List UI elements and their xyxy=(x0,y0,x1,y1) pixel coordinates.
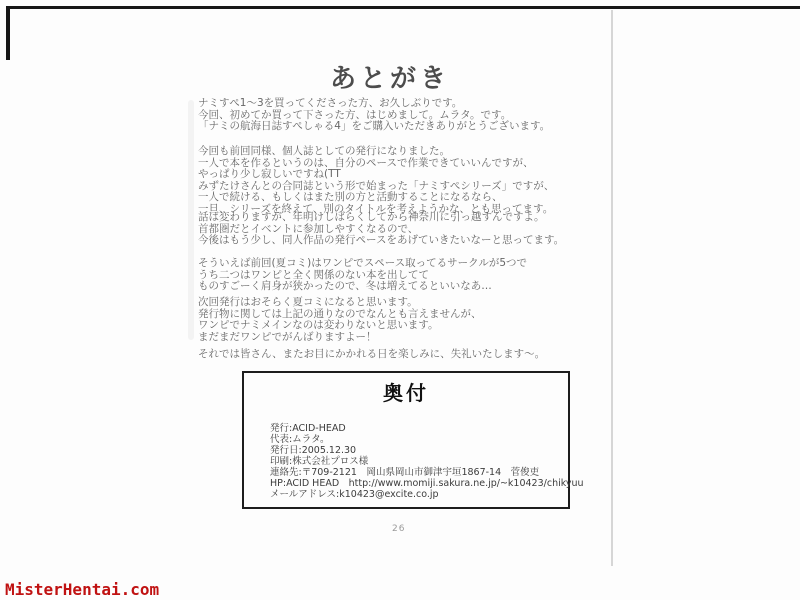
body-text-line: 「ナミの航海日誌すぺしゃる4」をご購入いただきありがとうございます。 xyxy=(198,121,550,133)
body-text-line: まだまだワンピでがんばりますよー！ xyxy=(198,332,482,344)
paragraph-farewell: それでは皆さん、またお目にかかれる日を楽しみに、失礼いたします～。 xyxy=(198,349,545,361)
colophon-lines: 発行:ACID-HEAD 代表:ムラタ。 発行日:2005.12.30 印刷:株… xyxy=(244,423,568,500)
body-text-line: 今後はもう少し、同人作品の発行ペースをあげていきたいなーと思ってます。 xyxy=(198,235,564,247)
scan-smudge xyxy=(188,100,194,340)
paragraph-next-release: 次回発行はおそらく夏コミになると思います。 発行物に関しては上記の通りなのでなん… xyxy=(198,297,482,343)
body-text-line: やっぱり少し寂しいですね(TT xyxy=(198,169,554,181)
paragraph-solo-publication: 今回も前回同様、個人誌としての発行になりました。 一人で本を作るというのは、自分… xyxy=(198,146,554,215)
colophon-line-contact: 連絡先:〒709-2121 岡山県岡山市御津宇垣1867-14 菅俊吏 xyxy=(270,467,568,478)
colophon-title: 奥付 xyxy=(244,377,568,406)
paragraph-greeting: ナミすぺ1～3を買ってくださった方、お久しぶりです。 今回、初めてか買って下さっ… xyxy=(198,98,550,133)
colophon-line-printer: 印刷:株式会社プロス様 xyxy=(270,456,568,467)
colophon-line-representative: 代表:ムラタ。 xyxy=(270,434,568,445)
body-text-line: 話は変わりますが、年明けしばらくしてから神奈川に引っ越すんですよ。 xyxy=(198,212,564,224)
colophon-line-email: メールアドレス:k10423@excite.co.jp xyxy=(270,489,568,500)
paragraph-moving: 話は変わりますが、年明けしばらくしてから神奈川に引っ越すんですよ。 首都圏だとイ… xyxy=(198,212,564,247)
body-text-line: 今回も前回同様、個人誌としての発行になりました。 xyxy=(198,146,554,158)
page-number: 26 xyxy=(392,524,405,534)
body-text-line: そういえば前回(夏コミ)はワンピでスペース取ってるサークルが5つで xyxy=(198,258,527,270)
watermark: MisterHentai.com xyxy=(5,580,159,599)
body-text-line: ワンピでナミメインなのは変わりないと思います。 xyxy=(198,320,482,332)
colophon-line-publisher: 発行:ACID-HEAD xyxy=(270,423,568,434)
scanned-afterword-page: あとがき ナミすぺ1～3を買ってくださった方、お久しぶりです。 今回、初めてか買… xyxy=(0,0,800,600)
page-right-edge xyxy=(611,10,613,566)
scan-edge-top xyxy=(6,6,800,9)
body-text-line: それでは皆さん、またお目にかかれる日を楽しみに、失礼いたします～。 xyxy=(198,349,545,361)
colophon-line-website: HP:ACID HEAD http://www.momiji.sakura.ne… xyxy=(270,478,568,489)
body-text-line: 次回発行はおそらく夏コミになると思います。 xyxy=(198,297,482,309)
scan-edge-left xyxy=(6,6,10,60)
paragraph-comiket: そういえば前回(夏コミ)はワンピでスペース取ってるサークルが5つで うち二つはワ… xyxy=(198,258,527,293)
body-text-line: ナミすぺ1～3を買ってくださった方、お久しぶりです。 xyxy=(198,98,550,110)
page-title: あとがき xyxy=(330,58,450,95)
colophon-box: 奥付 発行:ACID-HEAD 代表:ムラタ。 発行日:2005.12.30 印… xyxy=(242,371,570,509)
body-text-line: ものすごーく肩身が狭かったので、冬は増えてるといいなあ… xyxy=(198,281,527,293)
colophon-line-date: 発行日:2005.12.30 xyxy=(270,445,568,456)
body-text-line: 一人で続ける、もしくはまた別の方と活動することになるなら、 xyxy=(198,192,554,204)
